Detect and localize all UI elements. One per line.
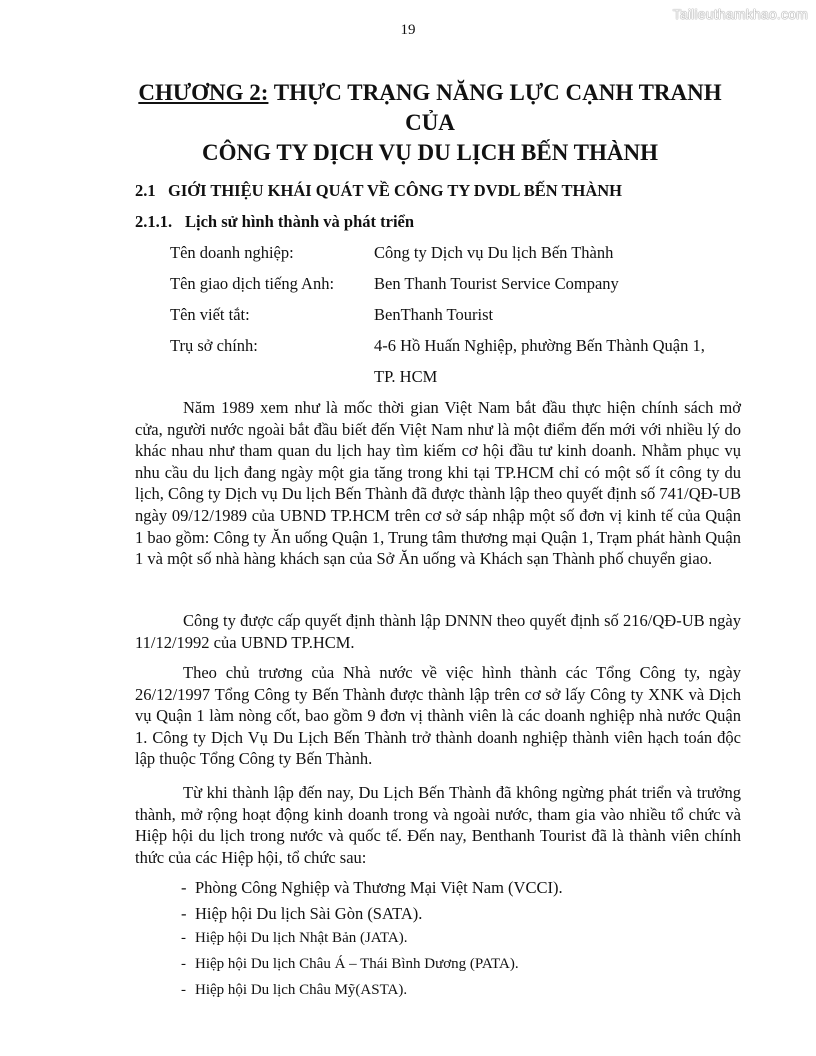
list-marker: - xyxy=(181,930,195,947)
section-number: 2.1 xyxy=(135,181,168,201)
info-value: 4-6 Hồ Huấn Nghiệp, phường Bến Thành Quậ… xyxy=(374,336,749,356)
list-marker: - xyxy=(181,982,195,999)
membership-list: -Phòng Công Nghiệp và Thương Mại Việt Na… xyxy=(181,878,563,1008)
paragraph: Từ khi thành lập đến nay, Du Lịch Bến Th… xyxy=(135,782,741,868)
paragraph: Năm 1989 xem như là mốc thời gian Việt N… xyxy=(135,397,741,570)
info-row: Trụ sở chính: 4-6 Hồ Huấn Nghiệp, phường… xyxy=(170,336,749,367)
subsection-heading: 2.1.1.Lịch sử hình thành và phát triển xyxy=(135,212,414,232)
paragraph-dnnn: Công ty được cấp quyết định thành lập DN… xyxy=(135,610,741,653)
info-value: TP. HCM xyxy=(374,367,749,387)
chapter-title: CHƯƠNG 2: THỰC TRẠNG NĂNG LỰC CẠNH TRANH… xyxy=(120,78,740,168)
subsection-number: 2.1.1. xyxy=(135,212,185,232)
info-value: Ben Thanh Tourist Service Company xyxy=(374,274,749,294)
list-marker: - xyxy=(181,878,195,898)
paragraph-development: Từ khi thành lập đến nay, Du Lịch Bến Th… xyxy=(135,782,741,868)
list-marker: - xyxy=(181,956,195,973)
section-title: GIỚI THIỆU KHÁI QUÁT VỀ CÔNG TY DVDL BẾN… xyxy=(168,181,622,200)
info-row: Tên viết tắt: BenThanh Tourist xyxy=(170,305,749,336)
paragraph-history: Năm 1989 xem như là mốc thời gian Việt N… xyxy=(135,397,741,570)
page-number: 19 xyxy=(0,22,816,39)
list-item: -Hiệp hội Du lịch Nhật Bản (JATA). xyxy=(181,930,563,956)
section-heading: 2.1GIỚI THIỆU KHÁI QUÁT VỀ CÔNG TY DVDL … xyxy=(135,181,622,201)
watermark: Tailieuthamkhao.com xyxy=(673,6,808,22)
company-info-table: Tên doanh nghiệp: Công ty Dịch vụ Du lịc… xyxy=(170,243,749,398)
subsection-title: Lịch sử hình thành và phát triển xyxy=(185,212,414,231)
list-item: -Hiệp hội Du lịch Châu Á – Thái Bình Dươ… xyxy=(181,956,563,982)
list-item: -Hiệp hội Du lịch Châu Mỹ(ASTA). xyxy=(181,982,563,1008)
info-row: Tên doanh nghiệp: Công ty Dịch vụ Du lịc… xyxy=(170,243,749,274)
info-value: BenThanh Tourist xyxy=(374,305,749,325)
list-marker: - xyxy=(181,904,195,924)
paragraph: Công ty được cấp quyết định thành lập DN… xyxy=(135,610,741,653)
info-row: TP. HCM xyxy=(170,367,749,398)
info-value: Công ty Dịch vụ Du lịch Bến Thành xyxy=(374,243,749,263)
paragraph: Theo chủ trương của Nhà nước về việc hìn… xyxy=(135,662,741,770)
chapter-title-line1: THỰC TRẠNG NĂNG LỰC CẠNH TRANH CỦA xyxy=(268,80,721,135)
list-item: -Phòng Công Nghiệp và Thương Mại Việt Na… xyxy=(181,878,563,904)
info-label: Tên viết tắt: xyxy=(170,305,374,325)
info-label: Tên doanh nghiệp: xyxy=(170,243,374,263)
info-label: Tên giao dịch tiếng Anh: xyxy=(170,274,374,294)
paragraph-corporation: Theo chủ trương của Nhà nước về việc hìn… xyxy=(135,662,741,770)
info-row: Tên giao dịch tiếng Anh: Ben Thanh Touri… xyxy=(170,274,749,305)
chapter-prefix: CHƯƠNG 2: xyxy=(138,80,268,105)
chapter-title-line2: CÔNG TY DỊCH VỤ DU LỊCH BẾN THÀNH xyxy=(120,138,740,168)
info-label: Trụ sở chính: xyxy=(170,336,374,356)
list-item: -Hiệp hội Du lịch Sài Gòn (SATA). xyxy=(181,904,563,930)
